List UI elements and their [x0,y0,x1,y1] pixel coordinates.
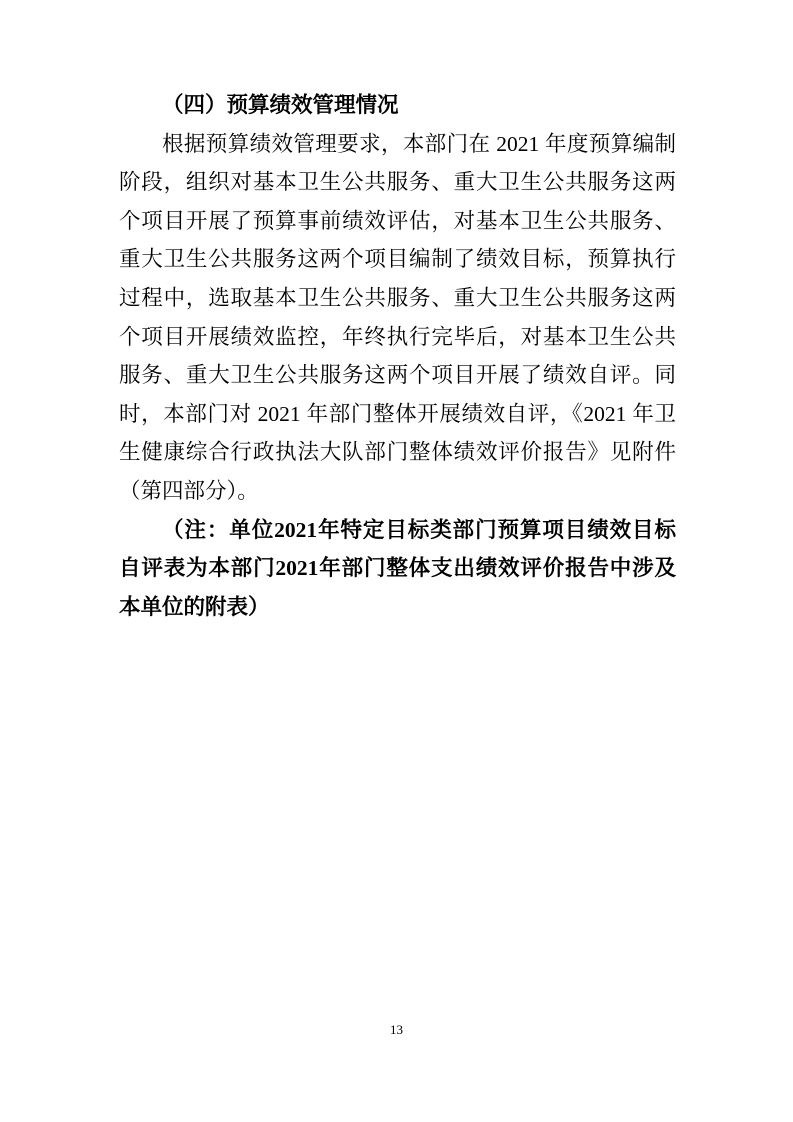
document-page: （四）预算绩效管理情况 根据预算绩效管理要求，本部门在 2021 年度预算编制阶… [0,0,793,1122]
body-paragraph: 根据预算绩效管理要求，本部门在 2021 年度预算编制阶段，组织对基本卫生公共服… [119,125,676,511]
section-heading: （四）预算绩效管理情况 [119,86,676,125]
page-number: 13 [0,1022,793,1038]
note-paragraph: （注：单位2021年特定目标类部门预算项目绩效目标自评表为本部门2021年部门整… [119,511,676,627]
document-content: （四）预算绩效管理情况 根据预算绩效管理要求，本部门在 2021 年度预算编制阶… [119,86,676,626]
